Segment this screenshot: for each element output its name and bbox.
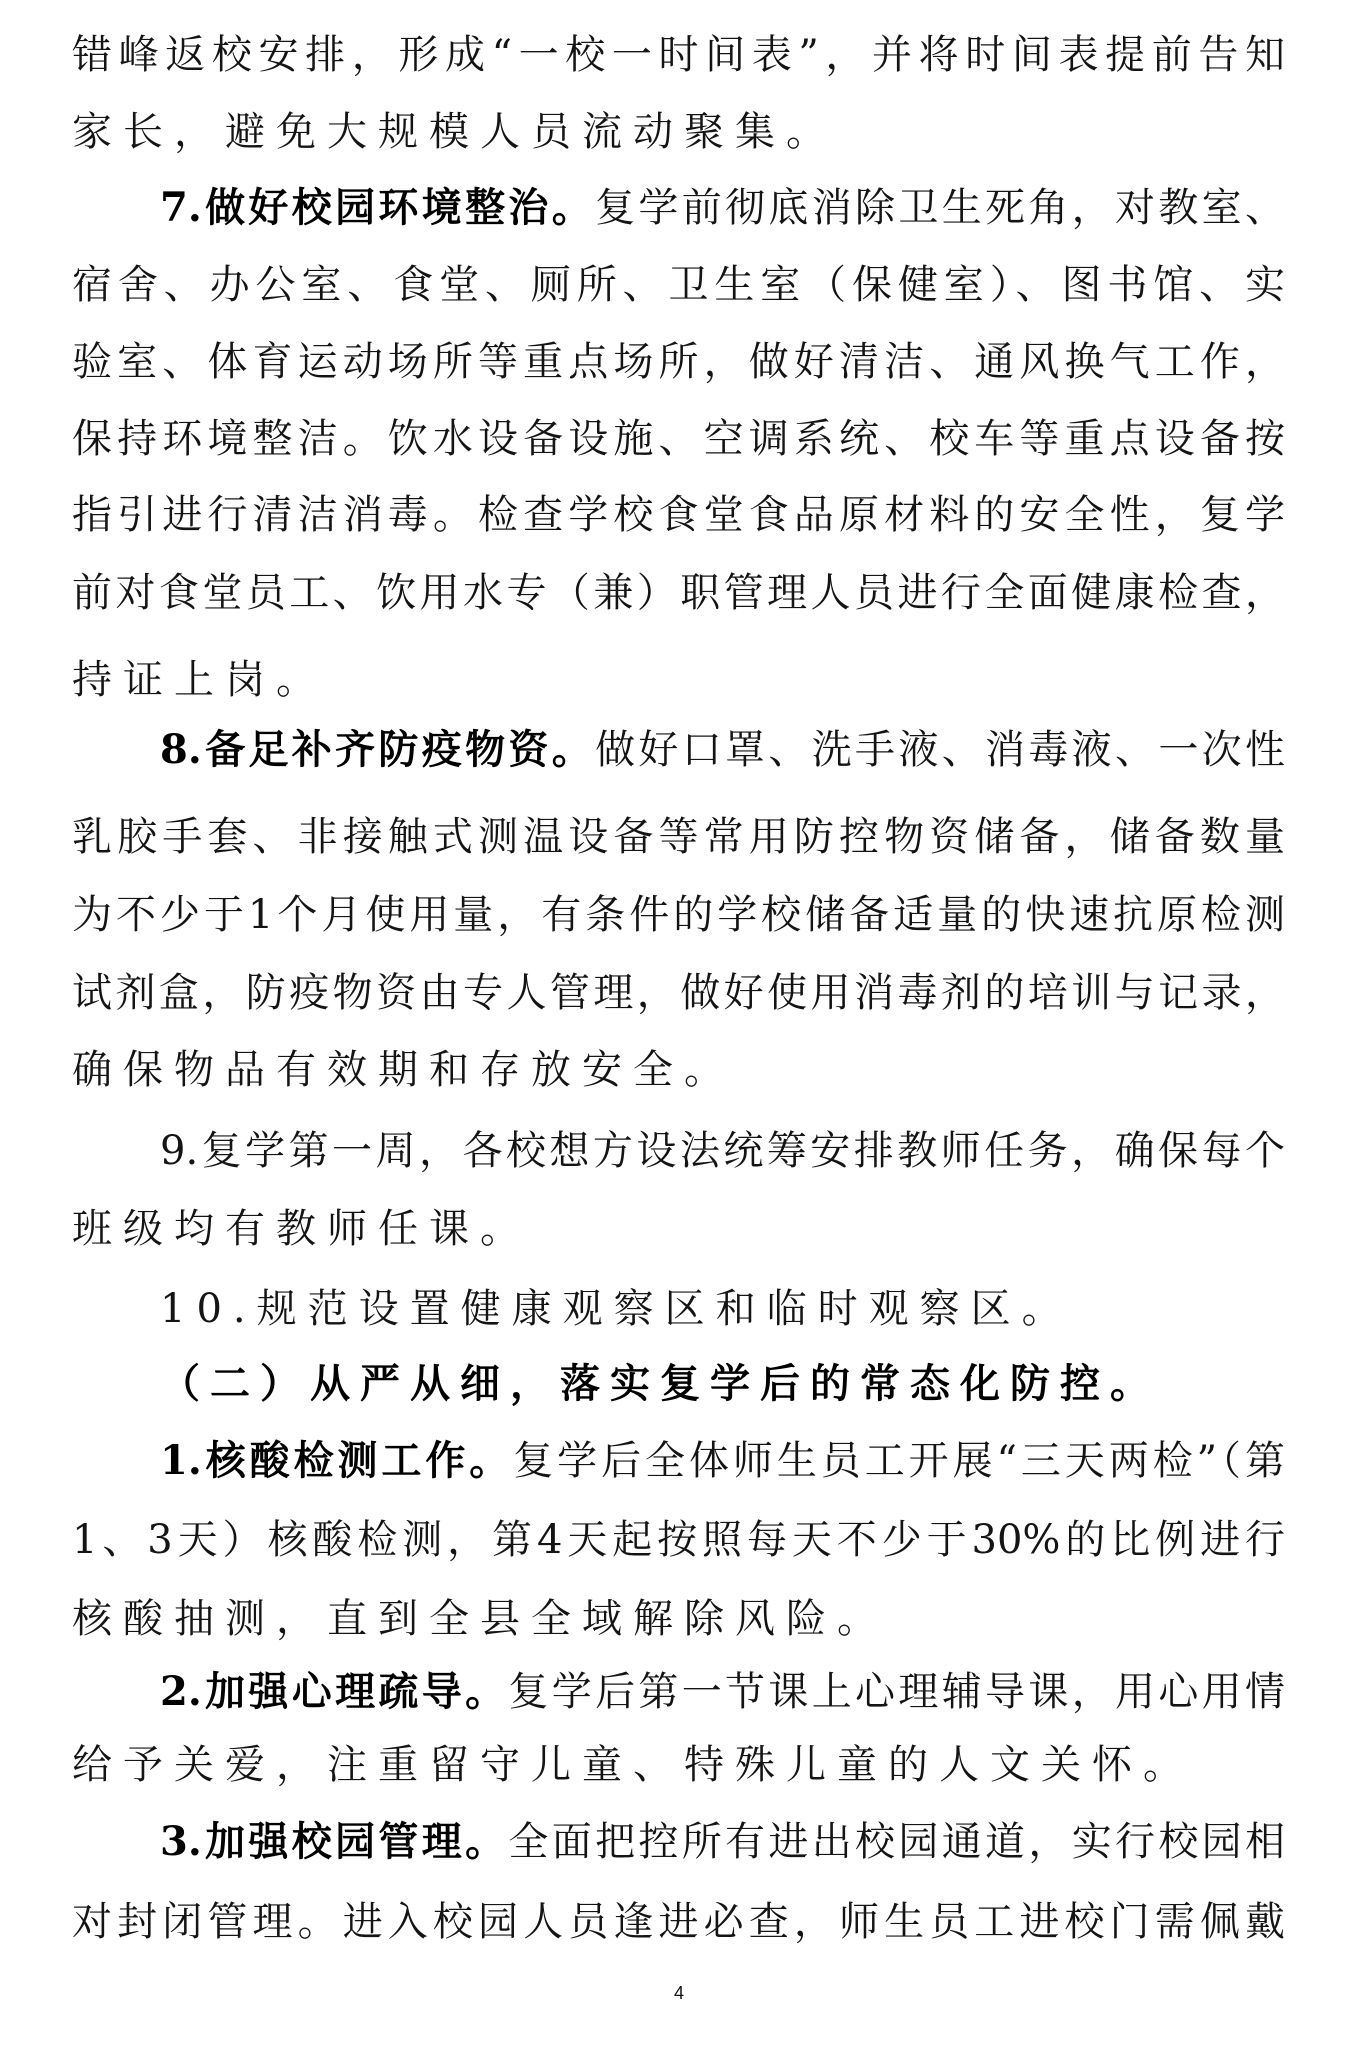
line-text: 9.复学第一周，各校想方设法统筹安排教师任务，确保每个 xyxy=(160,1128,1285,1174)
body-line: 保持环境整洁。饮水设备设施、空调系统、校车等重点设备按 xyxy=(72,409,1285,469)
section-7-heading-line: 7.做好校园环境整治。复学前彻底消除卫生死角，对教室、 xyxy=(160,178,1285,238)
line-text: 1、3天）核酸检测，第4天起按照每天不少于30%的比例进行 xyxy=(72,1517,1285,1563)
line-text: 保持环境整洁。饮水设备设施、空调系统、校车等重点设备按 xyxy=(72,416,1285,462)
item-9-line: 9.复学第一周，各校想方设法统筹安排教师任务，确保每个 xyxy=(160,1121,1285,1181)
line-text: 10.规范设置健康观察区和临时观察区。 xyxy=(160,1286,1073,1332)
line-text: 全面把控所有进出校园通道，实行校园相 xyxy=(508,1819,1285,1865)
line-text: 指引进行清洁消毒。检查学校食堂食品原材料的安全性，复学 xyxy=(72,492,1285,538)
section-8-heading-line: 8.备足补齐防疫物资。做好口罩、洗手液、消毒液、一次性 xyxy=(160,720,1285,780)
line-text: 班级均有教师任课。 xyxy=(72,1206,531,1252)
line-text: 持证上岗。 xyxy=(72,657,327,703)
body-line: 1、3天）核酸检测，第4天起按照每天不少于30%的比例进行 xyxy=(72,1510,1285,1570)
line-text: 家长，避免大规模人员流动聚集。 xyxy=(72,109,837,155)
subsection-2-heading: （二）从严从细，落实复学后的常态化防控。 xyxy=(160,1354,1160,1414)
line-text: 核酸抽测，直到全县全域解除风险。 xyxy=(72,1596,888,1642)
page-number: 4 xyxy=(667,1980,691,2006)
item-3-heading-line: 3.加强校园管理。全面把控所有进出校园通道，实行校园相 xyxy=(160,1812,1285,1872)
item-1-heading-line: 1.核酸检测工作。复学后全体师生员工开展“三天两检”（第 xyxy=(160,1431,1285,1491)
body-line: 错峰返校安排，形成“一校一时间表”，并将时间表提前告知 xyxy=(72,25,1285,85)
line-text: 确保物品有效期和存放安全。 xyxy=(72,1047,735,1093)
body-line: 指引进行清洁消毒。检查学校食堂食品原材料的安全性，复学 xyxy=(72,485,1285,545)
body-line: 核酸抽测，直到全县全域解除风险。 xyxy=(72,1589,1285,1649)
line-text: 为不少于1个月使用量，有条件的学校储备适量的快速抗原检测 xyxy=(72,892,1285,938)
subsection-title: （二）从严从细，落实复学后的常态化防控。 xyxy=(160,1360,1160,1407)
body-line: 宿舍、办公室、食堂、厕所、卫生室（保健室）、图书馆、实 xyxy=(72,255,1285,315)
line-text: 宿舍、办公室、食堂、厕所、卫生室（保健室）、图书馆、实 xyxy=(72,262,1285,308)
body-line: 家长，避免大规模人员流动聚集。 xyxy=(72,102,1285,162)
line-text: 复学后全体师生员工开展“三天两检”（第 xyxy=(513,1438,1285,1484)
body-line: 对封闭管理。进入校园人员逢进必查，师生员工进校门需佩戴 xyxy=(72,1892,1285,1952)
line-text: 复学后第一节课上心理辅导课，用心用情 xyxy=(508,1669,1285,1715)
body-line: 确保物品有效期和存放安全。 xyxy=(72,1040,1285,1100)
line-text: 乳胶手套、非接触式测温设备等常用防控物资储备，储备数量 xyxy=(72,814,1285,860)
line-text: 对封闭管理。进入校园人员逢进必查，师生员工进校门需佩戴 xyxy=(72,1899,1285,1945)
item-2-title: 2.加强心理疏导。 xyxy=(160,1668,508,1715)
item-1-title: 1.核酸检测工作。 xyxy=(160,1437,513,1484)
body-line: 班级均有教师任课。 xyxy=(72,1199,1285,1259)
body-line: 前对食堂员工、饮用水专（兼）职管理人员进行全面健康检查， xyxy=(72,563,1285,623)
item-10-line: 10.规范设置健康观察区和临时观察区。 xyxy=(160,1279,1285,1339)
body-line: 给予关爱，注重留守儿童、特殊儿童的人文关怀。 xyxy=(72,1735,1285,1795)
document-page: 错峰返校安排，形成“一校一时间表”，并将时间表提前告知 家长，避免大规模人员流动… xyxy=(0,0,1350,2051)
line-text: 复学前彻底消除卫生死角，对教室、 xyxy=(595,185,1285,231)
line-text: 前对食堂员工、饮用水专（兼）职管理人员进行全面健康检查， xyxy=(72,570,1285,616)
line-text: 给予关爱，注重留守儿童、特殊儿童的人文关怀。 xyxy=(72,1742,1194,1788)
body-line: 持证上岗。 xyxy=(72,650,1285,710)
item-2-heading-line: 2.加强心理疏导。复学后第一节课上心理辅导课，用心用情 xyxy=(160,1662,1285,1722)
line-text: 试剂盒，防疫物资由专人管理，做好使用消毒剂的培训与记录， xyxy=(72,970,1285,1016)
line-text: 做好口罩、洗手液、消毒液、一次性 xyxy=(595,727,1285,773)
section-7-title: 7.做好校园环境整治。 xyxy=(160,184,595,231)
line-text: 验室、体育运动场所等重点场所，做好清洁、通风换气工作， xyxy=(72,339,1285,385)
item-3-title: 3.加强校园管理。 xyxy=(160,1818,508,1865)
body-line: 为不少于1个月使用量，有条件的学校储备适量的快速抗原检测 xyxy=(72,885,1285,945)
line-text: 错峰返校安排，形成“一校一时间表”，并将时间表提前告知 xyxy=(72,32,1285,78)
section-8-title: 8.备足补齐防疫物资。 xyxy=(160,726,595,773)
body-line: 验室、体育运动场所等重点场所，做好清洁、通风换气工作， xyxy=(72,332,1285,392)
body-line: 乳胶手套、非接触式测温设备等常用防控物资储备，储备数量 xyxy=(72,807,1285,867)
body-line: 试剂盒，防疫物资由专人管理，做好使用消毒剂的培训与记录， xyxy=(72,963,1285,1023)
